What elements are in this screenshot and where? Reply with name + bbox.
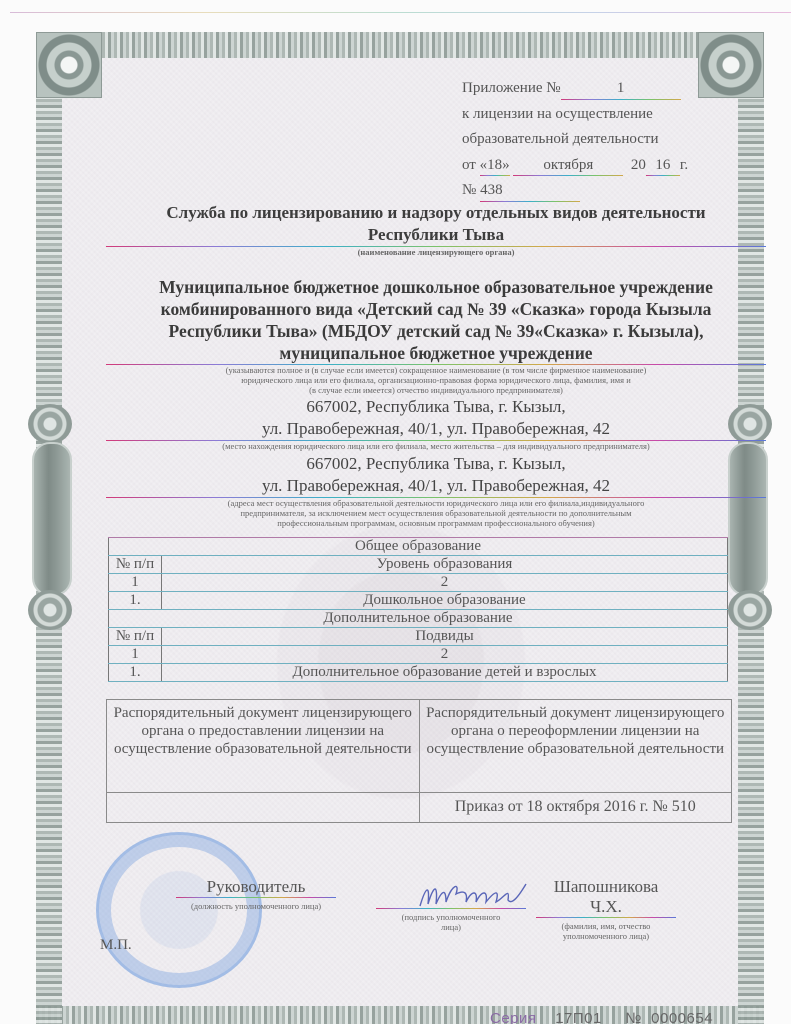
activity-address-note: профессиональным программам, основным пр… <box>106 518 766 528</box>
row-number: 1. <box>109 664 162 682</box>
appendix-line2: к лицензии на осуществление <box>462 102 653 128</box>
divider <box>176 897 336 898</box>
licensing-body: Служба по лицензированию и надзору отдел… <box>106 202 766 257</box>
activity-address-note: (адреса мест осуществления образовательн… <box>106 498 766 508</box>
year-unit: г. <box>680 153 688 179</box>
knot-ornament-icon <box>28 590 72 630</box>
num-header: № п/п <box>109 628 162 646</box>
licensee-line: комбинированного вида «Детский сад № 39 … <box>106 298 766 320</box>
appendix-header: Приложение № 1 к лицензии на осуществлен… <box>462 76 688 204</box>
border-left <box>36 32 62 1024</box>
orders-header-row: Распорядительный документ лицензирующего… <box>107 700 732 793</box>
index-cell: 1 <box>109 646 162 664</box>
licensing-body-line2: Республики Тыва <box>106 224 766 246</box>
location-line1: 667002, Республика Тыва, г. Кызыл, <box>106 396 766 418</box>
corner-ornament-icon <box>36 32 102 98</box>
divider <box>536 917 676 918</box>
activity-address-line1: 667002, Республика Тыва, г. Кызыл, <box>106 453 766 475</box>
scan-edge <box>10 12 791 13</box>
number-value: 0000654 <box>651 1010 713 1024</box>
index-row: 1 2 <box>109 574 728 592</box>
num-header: № п/п <box>109 556 162 574</box>
license-no-label: № <box>462 178 476 204</box>
section-title-row: Общее образование <box>109 538 728 556</box>
education-table: Общее образование № п/п Уровень образова… <box>108 537 728 682</box>
licensee-block: Муниципальное бюджетное дошкольное образ… <box>106 276 766 395</box>
position-title: Руководитель <box>176 877 336 897</box>
activity-address-line2: ул. Правобережная, 40/1, ул. Правобережн… <box>106 475 766 497</box>
signatory-name: Шапошникова Ч.Х. <box>536 877 676 917</box>
position-block: Руководитель (должность уполномоченного … <box>176 877 336 911</box>
activity-address-block: 667002, Республика Тыва, г. Кызыл, ул. П… <box>106 453 766 528</box>
grant-order-header: Распорядительный документ лицензирующего… <box>107 700 420 793</box>
license-appendix-sheet: Приложение № 1 к лицензии на осуществлен… <box>36 32 764 1024</box>
signature-note: (подпись уполномоченного лица) <box>376 912 526 932</box>
appendix-label: Приложение № <box>462 76 561 102</box>
seal-label: М.П. <box>100 937 132 954</box>
section-title: Дополнительное образование <box>109 610 728 628</box>
table-row: 1. Дошкольное образование <box>109 592 728 610</box>
name-note: (фамилия, имя, отчество уполномоченного … <box>536 921 676 941</box>
date-day: «18» <box>480 153 510 179</box>
appendix-number: 1 <box>561 76 681 102</box>
position-note: (должность уполномоченного лица) <box>176 901 336 911</box>
column-header: Подвиды <box>162 628 728 646</box>
reissue-order-header: Распорядительный документ лицензирующего… <box>419 700 732 793</box>
appendix-line3: образовательной деятельности <box>462 127 659 153</box>
licensee-note: юридического лица или его филиала, орган… <box>106 375 766 385</box>
handwritten-signature-icon <box>416 880 556 910</box>
row-value: Дошкольное образование <box>162 592 728 610</box>
location-line2: ул. Правобережная, 40/1, ул. Правобережн… <box>106 418 766 440</box>
year-suffix: 16 <box>646 153 680 179</box>
table-header-row: № п/п Подвиды <box>109 628 728 646</box>
licensing-body-note: (наименование лицензирующего органа) <box>106 247 766 257</box>
knot-ornament-icon <box>728 590 772 630</box>
corner-ornament-icon <box>698 32 764 98</box>
section-title-row: Дополнительное образование <box>109 610 728 628</box>
number-label: № <box>625 1010 642 1024</box>
activity-address-note: предпринимателя, за исключением мест осу… <box>106 508 766 518</box>
row-value: Дополнительное образование детей и взрос… <box>162 664 728 682</box>
form-serial: Серия 17П01 № 0000654 <box>490 1010 713 1024</box>
licensing-body-line1: Служба по лицензированию и надзору отдел… <box>106 202 766 224</box>
licensee-line: Республики Тыва» (МБДОУ детский сад № 39… <box>106 320 766 342</box>
location-block: 667002, Республика Тыва, г. Кызыл, ул. П… <box>106 396 766 451</box>
border-right <box>738 32 764 1024</box>
knot-ornament-icon <box>28 404 72 444</box>
index-row: 1 2 <box>109 646 728 664</box>
divider <box>376 908 526 909</box>
licensee-note: (в случае если имеется) отчество индивид… <box>106 385 766 395</box>
column-header: Уровень образования <box>162 556 728 574</box>
table-header-row: № п/п Уровень образования <box>109 556 728 574</box>
grant-order-value <box>107 793 420 823</box>
section-title: Общее образование <box>109 538 728 556</box>
date-prefix: от <box>462 153 476 179</box>
row-number: 1. <box>109 592 162 610</box>
pillar-ornament-icon <box>32 442 72 596</box>
location-note: (место нахождения юридического лица или … <box>106 441 766 451</box>
index-cell: 2 <box>162 574 728 592</box>
name-block: Шапошникова Ч.Х. (фамилия, имя, отчество… <box>536 877 676 941</box>
table-row: 1. Дополнительное образование детей и вз… <box>109 664 728 682</box>
index-cell: 2 <box>162 646 728 664</box>
licensee-line: Муниципальное бюджетное дошкольное образ… <box>106 276 766 298</box>
date-month: октября <box>513 153 623 179</box>
licensee-line: муниципальное бюджетное учреждение <box>106 342 766 364</box>
reissue-order-value: Приказ от 18 октября 2016 г. № 510 <box>419 793 732 823</box>
border-top <box>36 32 764 58</box>
index-cell: 1 <box>109 574 162 592</box>
year-prefix: 20 <box>631 153 646 179</box>
series-label: Серия <box>490 1010 537 1024</box>
orders-value-row: Приказ от 18 октября 2016 г. № 510 <box>107 793 732 823</box>
licensee-note: (указываются полное и (в случае если име… <box>106 365 766 375</box>
series-value: 17П01 <box>555 1010 602 1024</box>
orders-table: Распорядительный документ лицензирующего… <box>106 699 732 823</box>
license-no: 438 <box>480 178 580 204</box>
signature-block: (подпись уполномоченного лица) <box>376 908 526 932</box>
